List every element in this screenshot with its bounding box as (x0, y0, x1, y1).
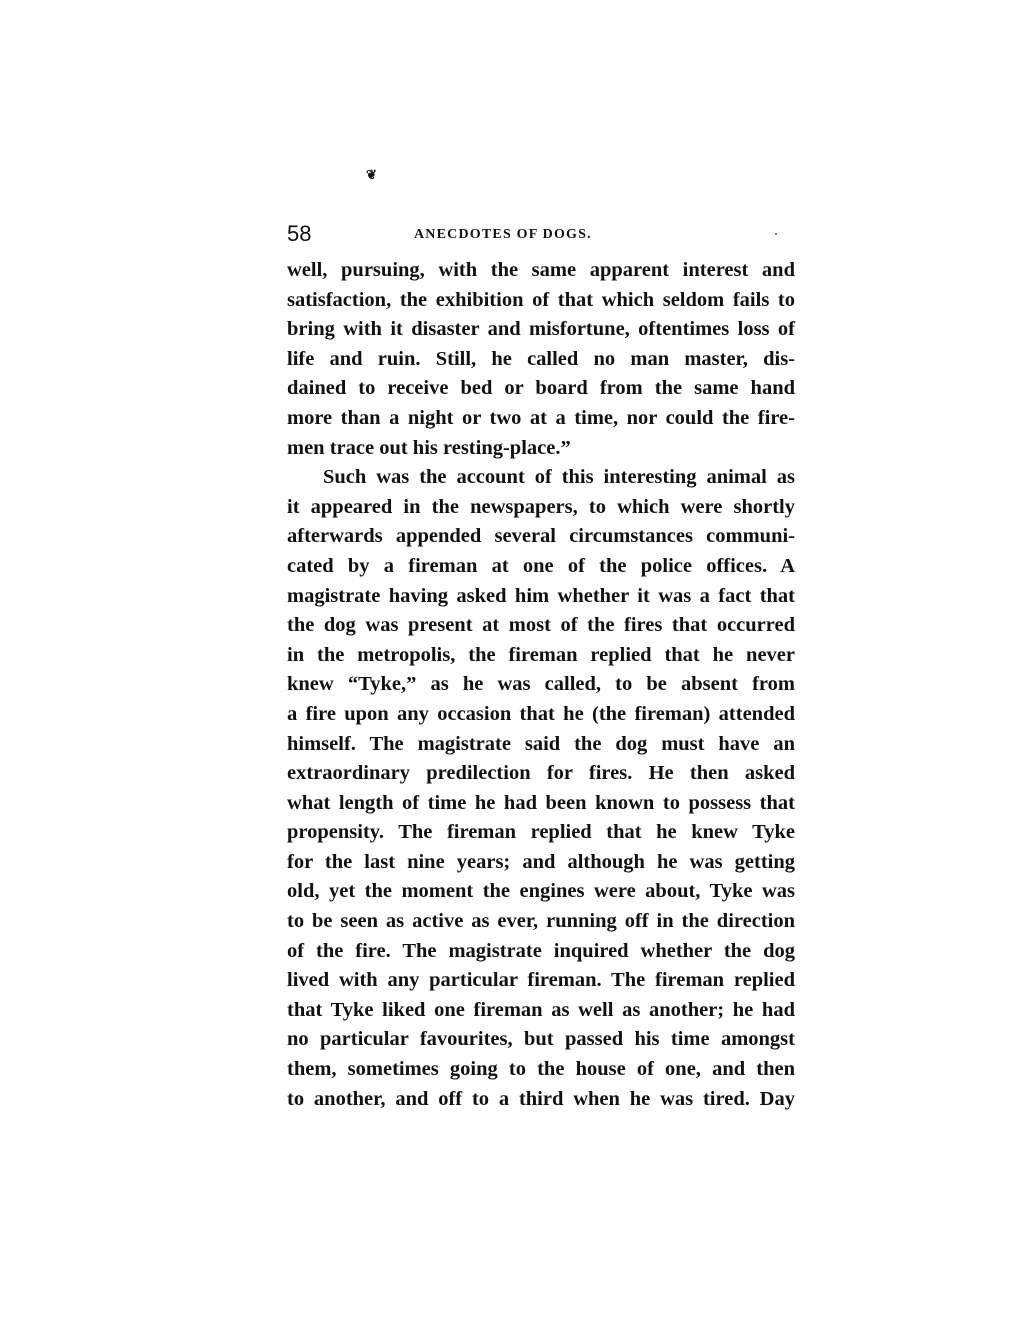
paragraph-2: Such was the account of this interesting… (287, 463, 795, 1114)
running-title: ANECDOTES OF DOGS. (414, 226, 592, 244)
text-line: himself. The magistrate said the dog mus… (287, 730, 795, 760)
text-line: bring with it disaster and misfortune, o… (287, 315, 795, 345)
text-line: old, yet the moment the engines were abo… (287, 877, 795, 907)
text-line: dained to receive bed or board from the … (287, 374, 795, 404)
text-line: life and ruin. Still, he called no man m… (287, 345, 795, 375)
text-line: propensity. The fireman replied that he … (287, 818, 795, 848)
text-line: knew “Tyke,” as he was called, to be abs… (287, 670, 795, 700)
text-line: the dog was present at most of the fires… (287, 611, 795, 641)
text-line: in the metropolis, the fireman replied t… (287, 641, 795, 671)
text-line: no particular favourites, but passed his… (287, 1025, 795, 1055)
text-line: Such was the account of this interesting… (287, 463, 795, 493)
printer-mark: ❦ (366, 168, 377, 182)
text-line: a fire upon any occasion that he (the fi… (287, 700, 795, 730)
text-line: it appeared in the newspapers, to which … (287, 493, 795, 523)
text-line: cated by a fireman at one of the police … (287, 552, 795, 582)
text-line: that Tyke liked one fireman as well as a… (287, 996, 795, 1026)
text-line: for the last nine years; and although he… (287, 848, 795, 878)
text-line: lived with any particular fireman. The f… (287, 966, 795, 996)
text-line: what length of time he had been known to… (287, 789, 795, 819)
text-line: men trace out his resting-place.” (287, 434, 795, 464)
text-line: extraordinary predilection for fires. He… (287, 759, 795, 789)
text-line: to another, and off to a third when he w… (287, 1085, 795, 1115)
text-line: of the fire. The magistrate inquired whe… (287, 937, 795, 967)
text-line: satisfaction, the exhibition of that whi… (287, 286, 795, 316)
body-text: well, pursuing, with the same apparent i… (287, 256, 795, 1114)
paragraph-1: well, pursuing, with the same apparent i… (287, 256, 795, 463)
text-line: them, sometimes going to the house of on… (287, 1055, 795, 1085)
stray-dot (775, 233, 777, 235)
page-number: 58 (287, 221, 311, 247)
text-line: afterwards appended several circumstance… (287, 522, 795, 552)
text-line: to be seen as active as ever, running of… (287, 907, 795, 937)
text-line: magistrate having asked him whether it w… (287, 582, 795, 612)
text-line: well, pursuing, with the same apparent i… (287, 256, 795, 286)
running-head: 58 ANECDOTES OF DOGS. (287, 221, 797, 247)
text-line: more than a night or two at a time, nor … (287, 404, 795, 434)
book-page: ❦ 58 ANECDOTES OF DOGS. well, pursuing, … (0, 0, 1033, 1339)
